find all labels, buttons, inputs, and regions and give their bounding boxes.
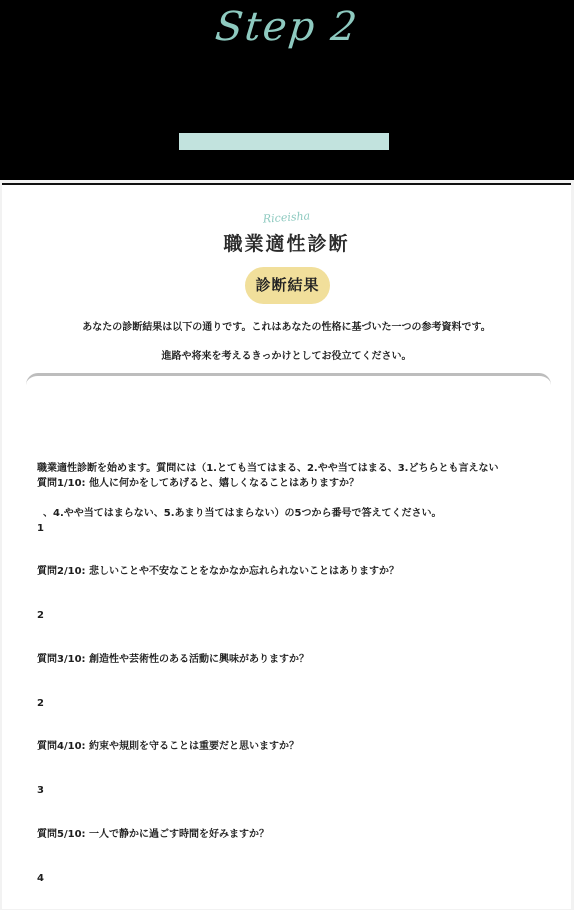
result-badge: 診断結果 <box>245 267 330 304</box>
question-4: 質問4/10: 約束や規則を守ることは重要だと思いますか？ <box>37 739 557 754</box>
answer-1: 1 <box>37 521 557 536</box>
result-card: Riceisha 職業適性診断 診断結果 あなたの診断結果は以下の通りです。これ… <box>2 183 571 909</box>
answer-3: 2 <box>37 696 557 711</box>
question-5: 質問5/10: 一人で静かに過ごす時間を好みますか？ <box>37 827 557 842</box>
step-header: Step 2 <box>0 0 574 180</box>
result-card-container: Riceisha 職業適性診断 診断結果 あなたの診断結果は以下の通りです。これ… <box>0 180 574 910</box>
instructions-line-1: 職業適性診断を始めます。質問には（1.とても当てはまる、2.やや当てはまる、3.… <box>37 461 557 476</box>
question-2: 質問2/10: 悲しいことや不安なことをなかなか忘れられないことはありますか？ <box>37 564 557 579</box>
step-title: Step 2 <box>0 2 574 52</box>
intro-text-line-1: あなたの診断結果は以下の通りです。これはあなたの性格に基づいた一つの参考資料です… <box>2 318 571 333</box>
answer-4: 3 <box>37 783 557 798</box>
step-caption-bar <box>179 133 389 150</box>
answer-2: 2 <box>37 608 557 623</box>
answer-5: 4 <box>37 871 557 886</box>
section-divider <box>26 373 551 385</box>
instructions-line-2: 、4.やや当てはまらない、5.あまり当てはまらない）の5つから番号で答えてくださ… <box>37 506 557 521</box>
question-3: 質問3/10: 創造性や芸術性のある活動に興味がありますか？ <box>37 652 557 667</box>
intro-text-line-2: 進路や将来を考えるきっかけとしてお役立てください。 <box>2 347 571 362</box>
question-1: 質問1/10: 他人に何かをしてあげると、嬉しくなることはありますか？ <box>37 476 557 491</box>
page-title: 職業適性診断 <box>2 229 571 256</box>
